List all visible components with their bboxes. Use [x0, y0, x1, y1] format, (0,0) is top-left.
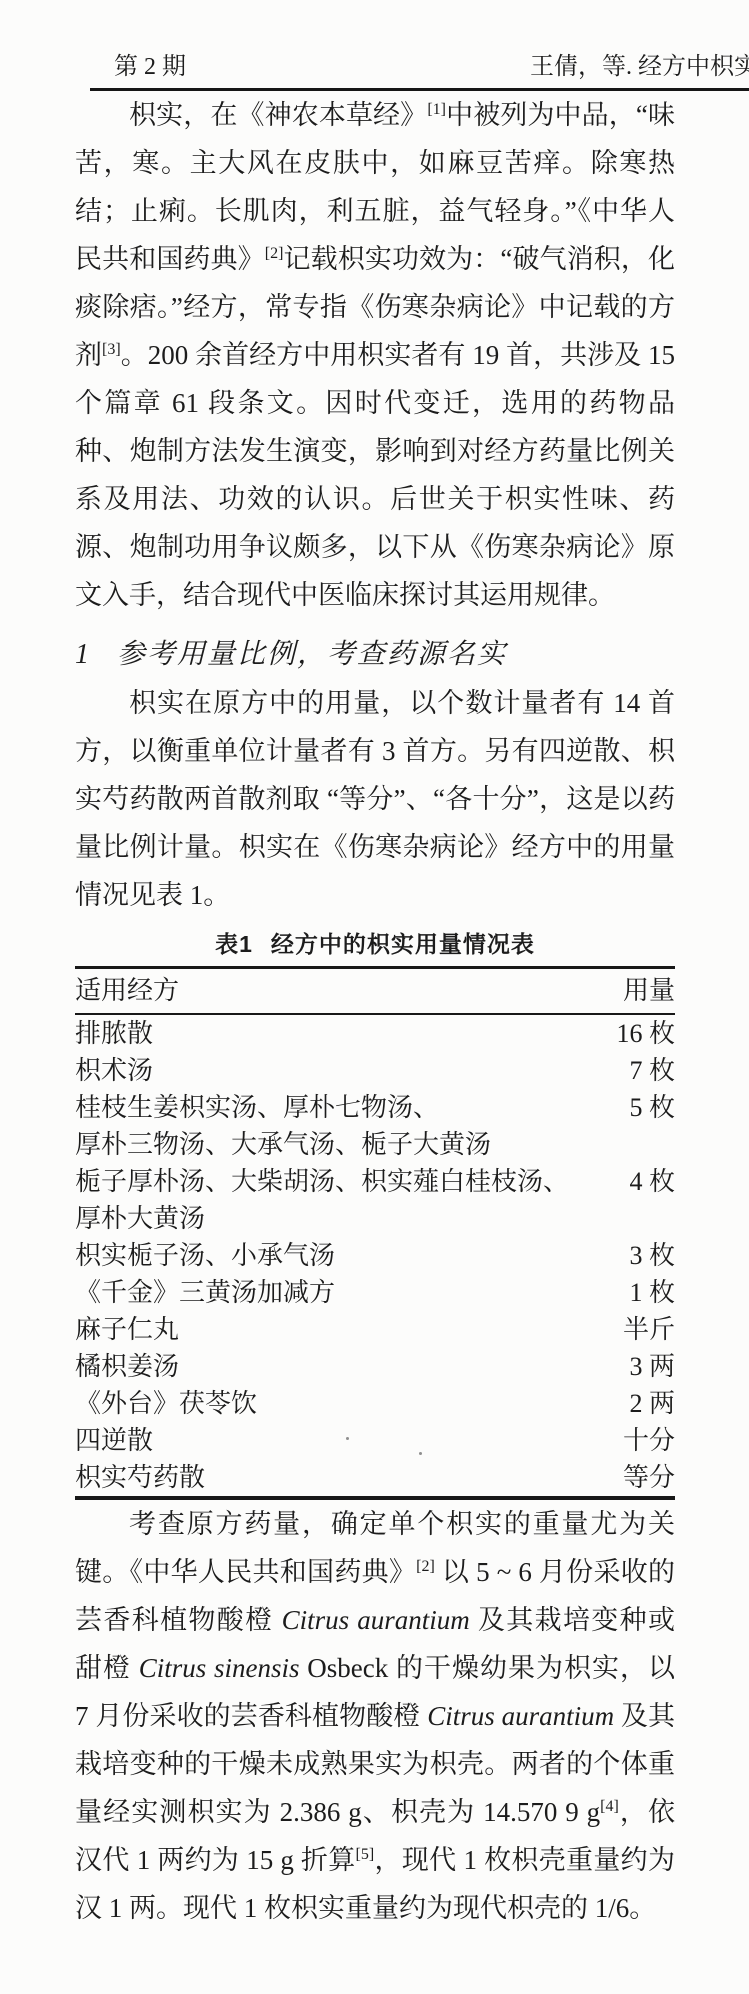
paper-page: 第 2 期 王倩，等. 经方中枳实 枳实，在《神农本草经》[1]中被列为中品，“…	[0, 0, 749, 1994]
formula-cell: 四逆散	[75, 1422, 579, 1459]
dosage-cell: 4 枚	[579, 1163, 675, 1200]
species-name: Citrus sinensis	[139, 1653, 300, 1683]
table-row: 橘枳姜汤3 两	[75, 1348, 675, 1385]
formula-cell: 厚朴大黄汤	[75, 1200, 579, 1237]
dosage-cell	[579, 1200, 675, 1237]
table-row: 枳实芍药散等分	[75, 1459, 675, 1498]
intro-paragraph: 枳实，在《神农本草经》[1]中被列为中品，“味苦，寒。主大风在皮肤中，如麻豆苦痒…	[75, 91, 675, 619]
formula-cell: 麻子仁丸	[75, 1311, 579, 1348]
scan-speck	[419, 1452, 422, 1455]
formula-cell: 《千金》三黄汤加减方	[75, 1274, 579, 1311]
formula-cell: 厚朴三物汤、大承气汤、栀子大黄汤	[75, 1126, 579, 1163]
dosage-cell: 十分	[579, 1422, 675, 1459]
table-row: 厚朴大黄汤	[75, 1200, 675, 1237]
dosage-cell: 1 枚	[579, 1274, 675, 1311]
formula-cell: 枳实芍药散	[75, 1459, 579, 1498]
dosage-cell	[579, 1126, 675, 1163]
page-header: 第 2 期 王倩，等. 经方中枳实	[0, 0, 749, 91]
citation-ref: [4]	[600, 1798, 619, 1815]
table-row: 排脓散16 枚	[75, 1014, 675, 1052]
column-header-formula: 适用经方	[75, 968, 579, 1015]
article-body: 枳实，在《神农本草经》[1]中被列为中品，“味苦，寒。主大风在皮肤中，如麻豆苦痒…	[75, 91, 675, 1932]
discussion-paragraph: 考查原方药量，确定单个枳实的重量尤为关键。《中华人民共和国药典》[2] 以 5 …	[75, 1500, 675, 1932]
formula-cell: 枳术汤	[75, 1052, 579, 1089]
table-row: 《千金》三黄汤加减方1 枚	[75, 1274, 675, 1311]
dosage-cell: 2 两	[579, 1385, 675, 1422]
dosage-cell: 3 枚	[579, 1237, 675, 1274]
intro-text-4: 。200 余首经方中用枳实者有 19 首，共涉及 15 个篇章 61 段条文。因…	[75, 340, 675, 610]
section-heading: 1参考用量比例，考查药源名实	[75, 631, 675, 679]
formula-cell: 枳实栀子汤、小承气汤	[75, 1237, 579, 1274]
formula-cell: 橘枳姜汤	[75, 1348, 579, 1385]
dosage-table: 适用经方 用量 排脓散16 枚 枳术汤7 枚 桂枝生姜枳实汤、厚朴七物汤、5 枚…	[75, 966, 675, 1500]
usage-paragraph: 枳实在原方中的用量，以个数计量者有 14 首方，以衡重单位计量者有 3 首方。另…	[75, 679, 675, 919]
table-row: 《外台》茯苓饮2 两	[75, 1385, 675, 1422]
table-row: 四逆散十分	[75, 1422, 675, 1459]
formula-cell: 《外台》茯苓饮	[75, 1385, 579, 1422]
citation-ref: [2]	[265, 245, 284, 262]
dosage-cell: 等分	[579, 1459, 675, 1498]
species-name: Citrus aurantium	[427, 1701, 614, 1731]
dosage-cell: 5 枚	[579, 1089, 675, 1126]
dosage-cell: 3 两	[579, 1348, 675, 1385]
table-row: 枳实栀子汤、小承气汤3 枚	[75, 1237, 675, 1274]
section-title: 参考用量比例，考查药源名实	[117, 639, 507, 670]
formula-cell: 排脓散	[75, 1014, 579, 1052]
table-row: 栀子厚朴汤、大柴胡汤、枳实薤白桂枝汤、4 枚	[75, 1163, 675, 1200]
dosage-cell: 16 枚	[579, 1014, 675, 1052]
table-row: 桂枝生姜枳实汤、厚朴七物汤、5 枚	[75, 1089, 675, 1126]
running-title: 王倩，等. 经方中枳实	[530, 46, 749, 81]
table-row: 枳术汤7 枚	[75, 1052, 675, 1089]
issue-label: 第 2 期	[114, 46, 186, 81]
formula-cell: 桂枝生姜枳实汤、厚朴七物汤、	[75, 1089, 579, 1126]
table-caption-title: 经方中的枳实用量情况表	[271, 931, 535, 957]
citation-ref: [5]	[356, 1846, 375, 1863]
formula-cell: 栀子厚朴汤、大柴胡汤、枳实薤白桂枝汤、	[75, 1163, 579, 1200]
table-row: 麻子仁丸半斤	[75, 1311, 675, 1348]
dosage-table-block: 表1经方中的枳实用量情况表 适用经方 用量 排脓散16 枚 枳术汤7 枚 桂枝生…	[75, 927, 675, 1500]
species-name: Citrus aurantium	[282, 1605, 470, 1635]
citation-ref: [3]	[102, 341, 121, 358]
dosage-cell: 半斤	[579, 1311, 675, 1348]
table-row: 厚朴三物汤、大承气汤、栀子大黄汤	[75, 1126, 675, 1163]
citation-ref: [2]	[416, 1558, 435, 1575]
dosage-cell: 7 枚	[579, 1052, 675, 1089]
column-header-dosage: 用量	[579, 968, 675, 1015]
scan-speck	[346, 1437, 349, 1440]
intro-text-1: 枳实，在《神农本草经》	[129, 100, 427, 130]
section-number: 1	[75, 639, 91, 670]
table-caption-label: 表1	[215, 931, 253, 957]
citation-ref: [1]	[427, 101, 446, 118]
table-header-row: 适用经方 用量	[75, 968, 675, 1015]
dosage-table-caption: 表1经方中的枳实用量情况表	[75, 927, 675, 961]
